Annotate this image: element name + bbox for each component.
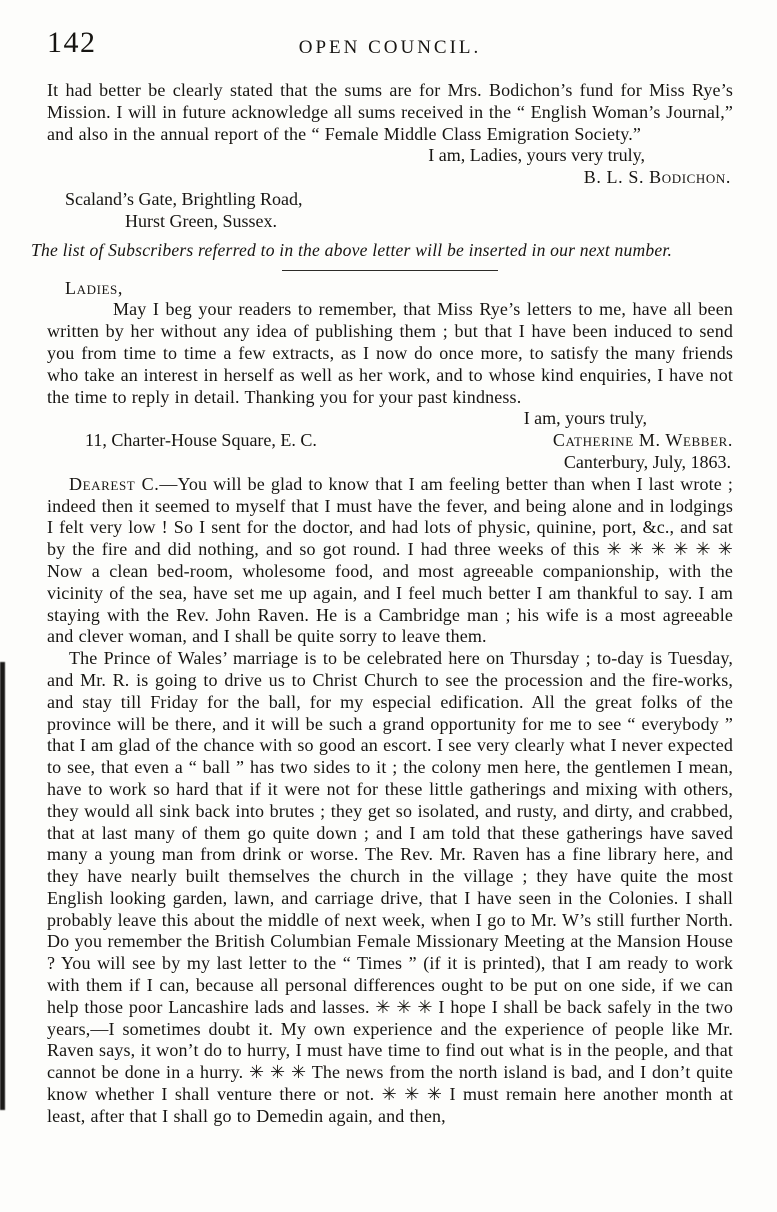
salutation-dearest-c: Dearest C. [69,474,159,494]
letter-bodichon: It had better be clearly stated that the… [47,80,733,233]
valediction-line: I am, yours truly, [47,408,733,430]
address-line: 11, Charter-House Square, E. C. [85,430,317,452]
dateline: Canterbury, July, 1863. [47,452,733,474]
valediction-line: I am, Ladies, yours very truly, [47,145,733,167]
address-line-1: Scaland’s Gate, Brightling Road, [47,189,733,211]
letter-body-text: It had better be clearly stated that the… [47,80,733,145]
scan-edge-artifact [0,662,5,1110]
section-divider [282,270,498,271]
salutation-ladies: Ladies, [65,278,733,300]
paragraph-text: The Prince of Wales’ marriage is to be c… [47,648,733,1128]
running-title: OPEN COUNCIL. [47,37,733,59]
editorial-note: The list of Subscribers referred to in t… [31,240,733,261]
letter-webber: Ladies, May I beg your readers to rememb… [47,278,733,452]
letter-body-text: May I beg your readers to remember, that… [47,299,733,408]
address-line-2: Hurst Green, Sussex. [47,211,733,233]
paragraph-text: —You will be glad to know that I am feel… [47,474,733,647]
page-header: 142 OPEN COUNCIL. [47,34,733,66]
scanned-document-page: 142 OPEN COUNCIL. It had better be clear… [0,0,777,1212]
signature-row: 11, Charter-House Square, E. C. Catherin… [47,430,733,452]
letter-extract: Canterbury, July, 1863. Dearest C.—You w… [47,452,733,1128]
signature-webber: Catherine M. Webber. [553,430,733,452]
letter-body-text: Dearest C.—You will be glad to know that… [47,474,733,648]
signature-bodichon: B. L. S. Bodichon. [47,167,733,189]
